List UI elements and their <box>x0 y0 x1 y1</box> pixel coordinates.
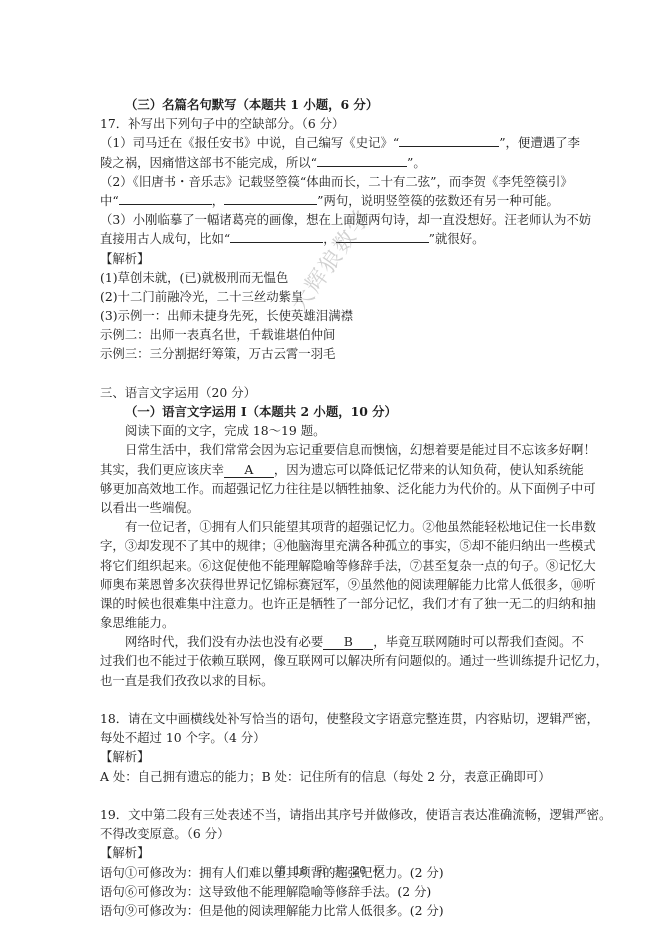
passage-para-2-line-6: 象思维能力。 <box>100 613 562 632</box>
part-3-heading: 三、语言文字运用（20 分） <box>100 383 562 402</box>
passage-para-2-line-5: 课的时候也很难集中注意力。也许正是牺牲了一部分记忆，我们才有了独一无二的归纳和抽 <box>100 594 562 613</box>
passage-para-2-line-3: 将它们组织起来。⑥这促使他不能理解隐喻等修辞手法，⑦甚至复杂一点的句子。⑧记忆大 <box>100 556 562 575</box>
section-heading-famous-quotes: （三）名篇名句默写（本题共 1 小题，6 分） <box>100 95 562 114</box>
passage-para-2-line-2: 字，③却发现不了其中的规律；④他脑海里充满各种孤立的事实，⑤却不能归纳出一些模式 <box>100 536 562 555</box>
passage-para-1-line-1: 日常生活中，我们常常会因为忘记重要信息而懊恼，幻想着要是能过目不忘该多好啊！ <box>100 440 562 459</box>
answer-line: 示例三：三分割据纡筹策，万古云霄一羽毛 <box>100 344 562 363</box>
question-19-stem-line-1: 19．文中第二段有三处表述不当，请指出其序号并做修改，使语言表达准确流畅，逻辑严… <box>100 805 562 824</box>
spacer <box>100 690 562 709</box>
blank-a: A <box>224 463 274 478</box>
question-18-stem-line-1: 18．请在文中画横线处补写恰当的语句，使整段文字语意完整连贯，内容贴切，逻辑严密… <box>100 709 562 728</box>
answer-line: (3)示例一：出师未捷身先死，长使英雄泪满襟 <box>100 306 562 325</box>
answer-line: 示例二：出师一表真名世，千载谁堪伯仲间 <box>100 325 562 344</box>
answer-blank <box>317 153 407 167</box>
answer-line: 语句⑥可修改为：这导致他不能理解隐喻等修辞手法。(2 分) <box>100 882 562 901</box>
blank-b: B <box>323 635 373 650</box>
analysis-label: 【解析】 <box>100 843 562 862</box>
spacer <box>100 364 562 383</box>
passage-para-3-line-2: 过我们也不能过于依赖互联网，像互联网可以解决所有问题似的。通过一些训练提升记忆力… <box>100 651 562 670</box>
passage-para-2-line-1: 有一位记者，①拥有人们只能望其项背的超强记忆力。②他虽然能轻松地记住一长串数 <box>100 517 562 536</box>
question-17-part-2-line-1: （2）《旧唐书・音乐志》记载竖箜篌“体曲而长，二十有二弦”，而李贺《李凭箜篌引》 <box>100 172 562 191</box>
question-18-answer: A 处：自己拥有遗忘的能力；B 处：记住所有的信息（每处 2 分，表意正确即可） <box>100 767 562 786</box>
question-17-stem: 17．补写出下列句子中的空缺部分。（6 分） <box>100 114 562 133</box>
answer-blank <box>230 229 323 243</box>
answer-line: (2)十二门前融冷光，二十三丝动紫皇 <box>100 287 562 306</box>
part-3-sub-heading: （一）语言文字运用 I（本题共 2 小题，10 分） <box>100 402 562 421</box>
answer-line: 语句⑨可修改为：但是他的阅读理解能力比常人低很多。(2 分) <box>100 901 562 920</box>
question-18-stem-line-2: 每处不超过 10 个字。（4 分） <box>100 728 562 747</box>
question-17-part-3-line-1: （3）小刚临摹了一幅诸葛亮的画像，想在上面题两句诗，却一直没想好。汪老师认为不妨 <box>100 210 562 229</box>
question-17-part-1-line-2: 陵之祸，因痛惜这部书不能完成，所以“”。 <box>100 153 562 172</box>
answer-blank <box>224 191 317 205</box>
reading-intro: 阅读下面的文字，完成 18～19 题。 <box>100 421 562 440</box>
passage-para-1-line-3: 够更加高效地工作。而超强记忆力往往是以牺牲抽象、泛化能力为代价的。从下面例子中可 <box>100 479 562 498</box>
question-19-stem-line-2: 不得改变原意。（6 分） <box>100 824 562 843</box>
passage-para-1-line-4: 以看出一些端倪。 <box>100 498 562 517</box>
passage-para-3-line-3: 也一直是我们孜孜以求的目标。 <box>100 671 562 690</box>
page-footer: 第 18 页 共 20 页 <box>0 862 660 878</box>
passage-para-2-line-4: 师奥布莱恩曾多次获得世界记忆锦标赛冠军，⑨虽然他的阅读理解能力比常人低很多，⑩听 <box>100 575 562 594</box>
question-17-part-1-line-1: （1）司马迁在《报任安书》中说，自己编写《史记》“”，便遭遇了李 <box>100 133 562 152</box>
answer-blank <box>399 133 499 147</box>
question-17-part-2-line-2: 中“，”两句，说明竖箜篌的弦数还有另一种可能。 <box>100 191 562 210</box>
answer-blank <box>119 191 212 205</box>
analysis-label: 【解析】 <box>100 747 562 766</box>
spacer <box>100 786 562 805</box>
passage-para-1-line-2: 其实，我们更应该庆幸A，因为遗忘可以降低记忆带来的认知负荷，使认知系统能 <box>100 460 562 479</box>
document-page: （三）名篇名句默写（本题共 1 小题，6 分） 17．补写出下列句子中的空缺部分… <box>100 95 562 920</box>
passage-para-3-line-1: 网络时代，我们没有办法也没有必要B，毕竟互联网随时可以帮我们查阅。不 <box>100 632 562 651</box>
